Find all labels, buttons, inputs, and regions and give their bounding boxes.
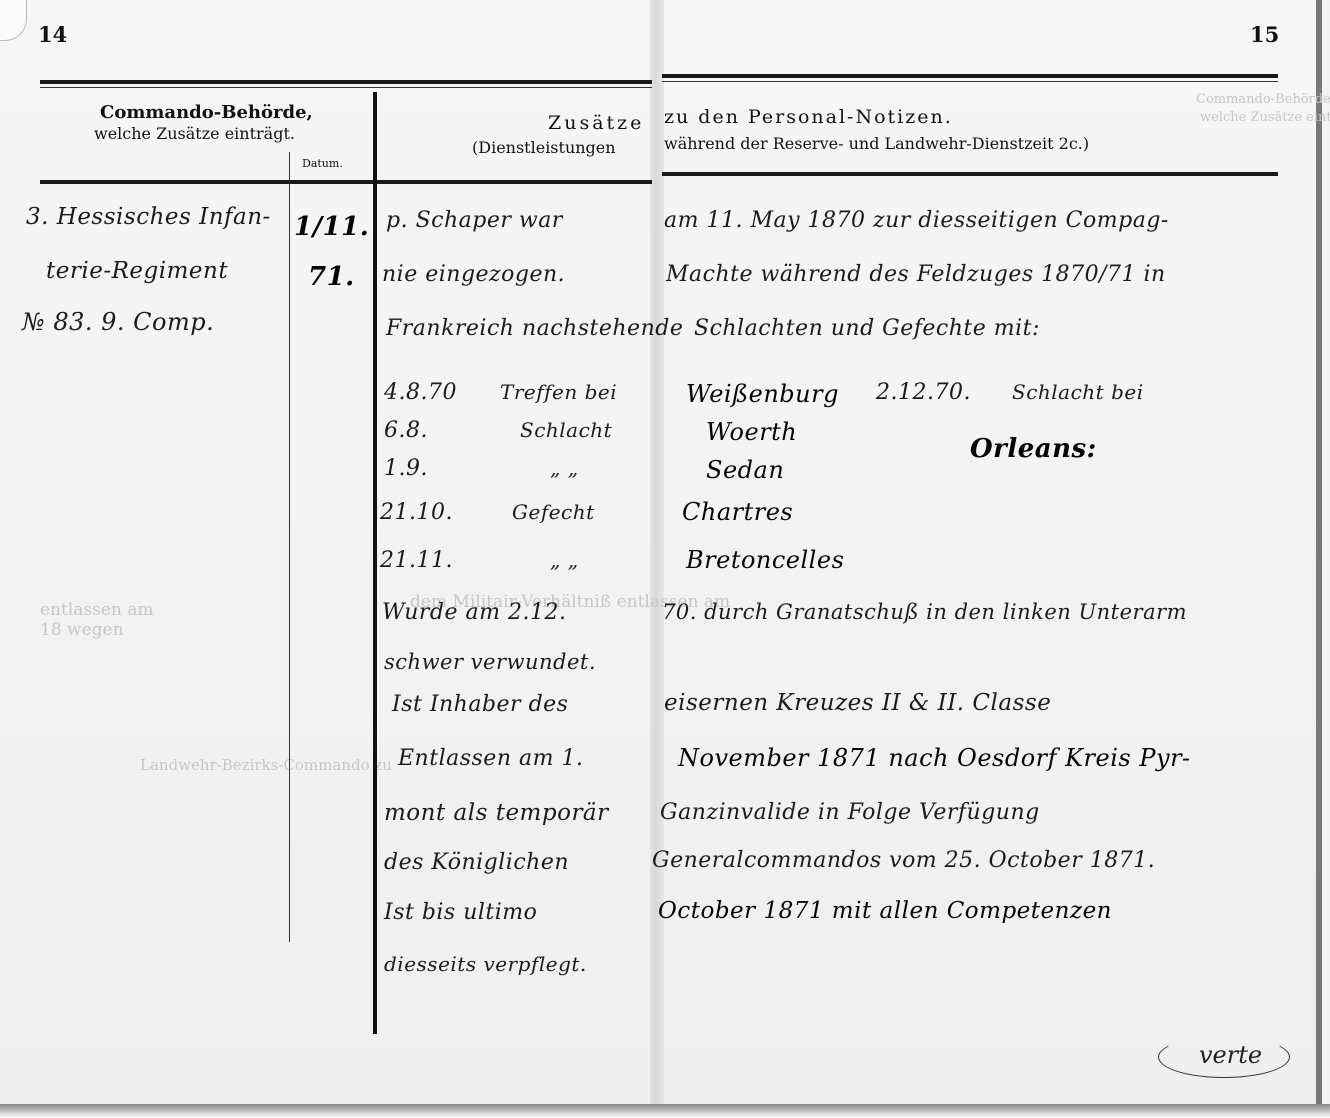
ghost-line-1b: entlassen am [40, 600, 154, 620]
battle-date: 4.8.70 [384, 380, 457, 405]
battle-place: Chartres [682, 498, 793, 526]
authority-line-2: terie-Regiment [46, 258, 228, 284]
battle-place: Weißenburg [686, 380, 839, 408]
header-top-thin-rule-left [40, 87, 652, 88]
column-header-personal-notes: zu den Personal-Notizen. [664, 106, 953, 129]
column-header-authority-sub: welche Zusätze einträgt. [94, 124, 295, 143]
booklet-bottom-edge [0, 1104, 1330, 1118]
datum-divider [289, 152, 290, 942]
entry-line-2-right: Machte während des Feldzuges 1870/71 in [666, 262, 1166, 287]
left-page-number: 14 [38, 22, 67, 47]
header-top-rule-right [662, 74, 1278, 78]
book-gutter [650, 0, 664, 1110]
column-header-authority: Commando-Behörde, [100, 102, 313, 124]
battle-place: Sedan [706, 456, 784, 484]
battle-date: 6.8. [384, 418, 428, 443]
battle-date: 1.9. [384, 456, 428, 481]
entry-line-11-left: diesseits verpflegt. [384, 952, 587, 976]
entry-line-10-left: Ist bis ultimo [384, 900, 537, 925]
entry-line-7-right: November 1871 nach Oesdorf Kreis Pyr- [678, 744, 1191, 772]
battle-type: Gefecht [512, 500, 595, 524]
header-top-rule-left [40, 80, 652, 84]
main-column-divider [373, 92, 377, 1034]
entry-line-6-right: eisernen Kreuzes II & II. Classe [664, 690, 1051, 716]
entry-line-3-right: Schlachten und Gefechte mit: [694, 316, 1040, 341]
date-line-1: 1/11. [294, 212, 369, 242]
date-line-2: 71. [308, 262, 355, 292]
battle-place: Orleans: [970, 434, 1097, 464]
entry-line-4-right: 70. durch Granatschuß in den linken Unte… [662, 600, 1187, 624]
entry-line-5-left: schwer verwundet. [384, 650, 596, 674]
entry-line-8-left: mont als temporär [384, 800, 609, 826]
verte-flourish: verte [1158, 1036, 1290, 1078]
battle-date: 21.10. [380, 500, 453, 525]
battle-type: Schlacht [520, 418, 612, 442]
battle-type: Schlacht bei [1012, 380, 1144, 404]
battle-date: 21.11. [380, 548, 453, 573]
authority-line-3: № 83. 9. Comp. [22, 308, 214, 336]
entry-line-7-left: Entlassen am 1. [398, 746, 583, 771]
entry-line-8-right: Ganzinvalide in Folge Verfügung [660, 800, 1040, 825]
right-page-number: 15 [1250, 22, 1279, 47]
ghost-line-3: Landwehr-Bezirks-Commando zu [140, 756, 392, 774]
entry-line-6-left: Ist Inhaber des [392, 692, 568, 717]
entry-line-1-right: am 11. May 1870 zur diesseitigen Compag- [664, 208, 1169, 233]
header-bottom-rule-right [662, 172, 1278, 176]
booklet-spread: 14 15 Commando-Behörde, welche Zusätze e… [0, 0, 1330, 1118]
battle-place: Woerth [706, 418, 797, 446]
column-header-additions-sub: (Dienstleistungen [472, 138, 616, 157]
ghost-header-2: welche Zusätze einträgt. [1200, 110, 1330, 125]
authority-line-1: 3. Hessisches Infan- [26, 204, 271, 230]
entry-line-2-left: nie eingezogen. [382, 262, 565, 287]
battle-date: 2.12.70. [876, 380, 971, 405]
column-header-additions: Zusätze [548, 112, 644, 135]
ghost-header-1: Commando-Behörde, [1196, 92, 1330, 107]
column-header-personal-notes-sub: während der Reserve- und Landwehr-Dienst… [664, 134, 1089, 153]
battle-type: „ „ [550, 456, 579, 480]
entry-line-9-left: des Königlichen [384, 850, 569, 875]
entry-line-1-left: p. Schaper war [386, 208, 563, 233]
ghost-line-2: 18 wegen [40, 620, 124, 640]
header-top-thin-rule-right [662, 81, 1278, 82]
verte-text: verte [1199, 1041, 1262, 1069]
entry-line-3-left: Frankreich nachstehende [386, 316, 683, 341]
column-header-datum: Datum. [302, 157, 343, 170]
battle-place: Bretoncelles [686, 546, 844, 574]
header-bottom-rule-left [40, 180, 652, 184]
battle-type: „ „ [550, 548, 579, 572]
battle-type: Treffen bei [500, 380, 617, 404]
entry-line-4-left: Wurde am 2.12. [382, 600, 566, 625]
entry-line-10-right: October 1871 mit allen Competenzen [658, 898, 1112, 924]
entry-line-9-right: Generalcommandos vom 25. October 1871. [652, 848, 1155, 873]
